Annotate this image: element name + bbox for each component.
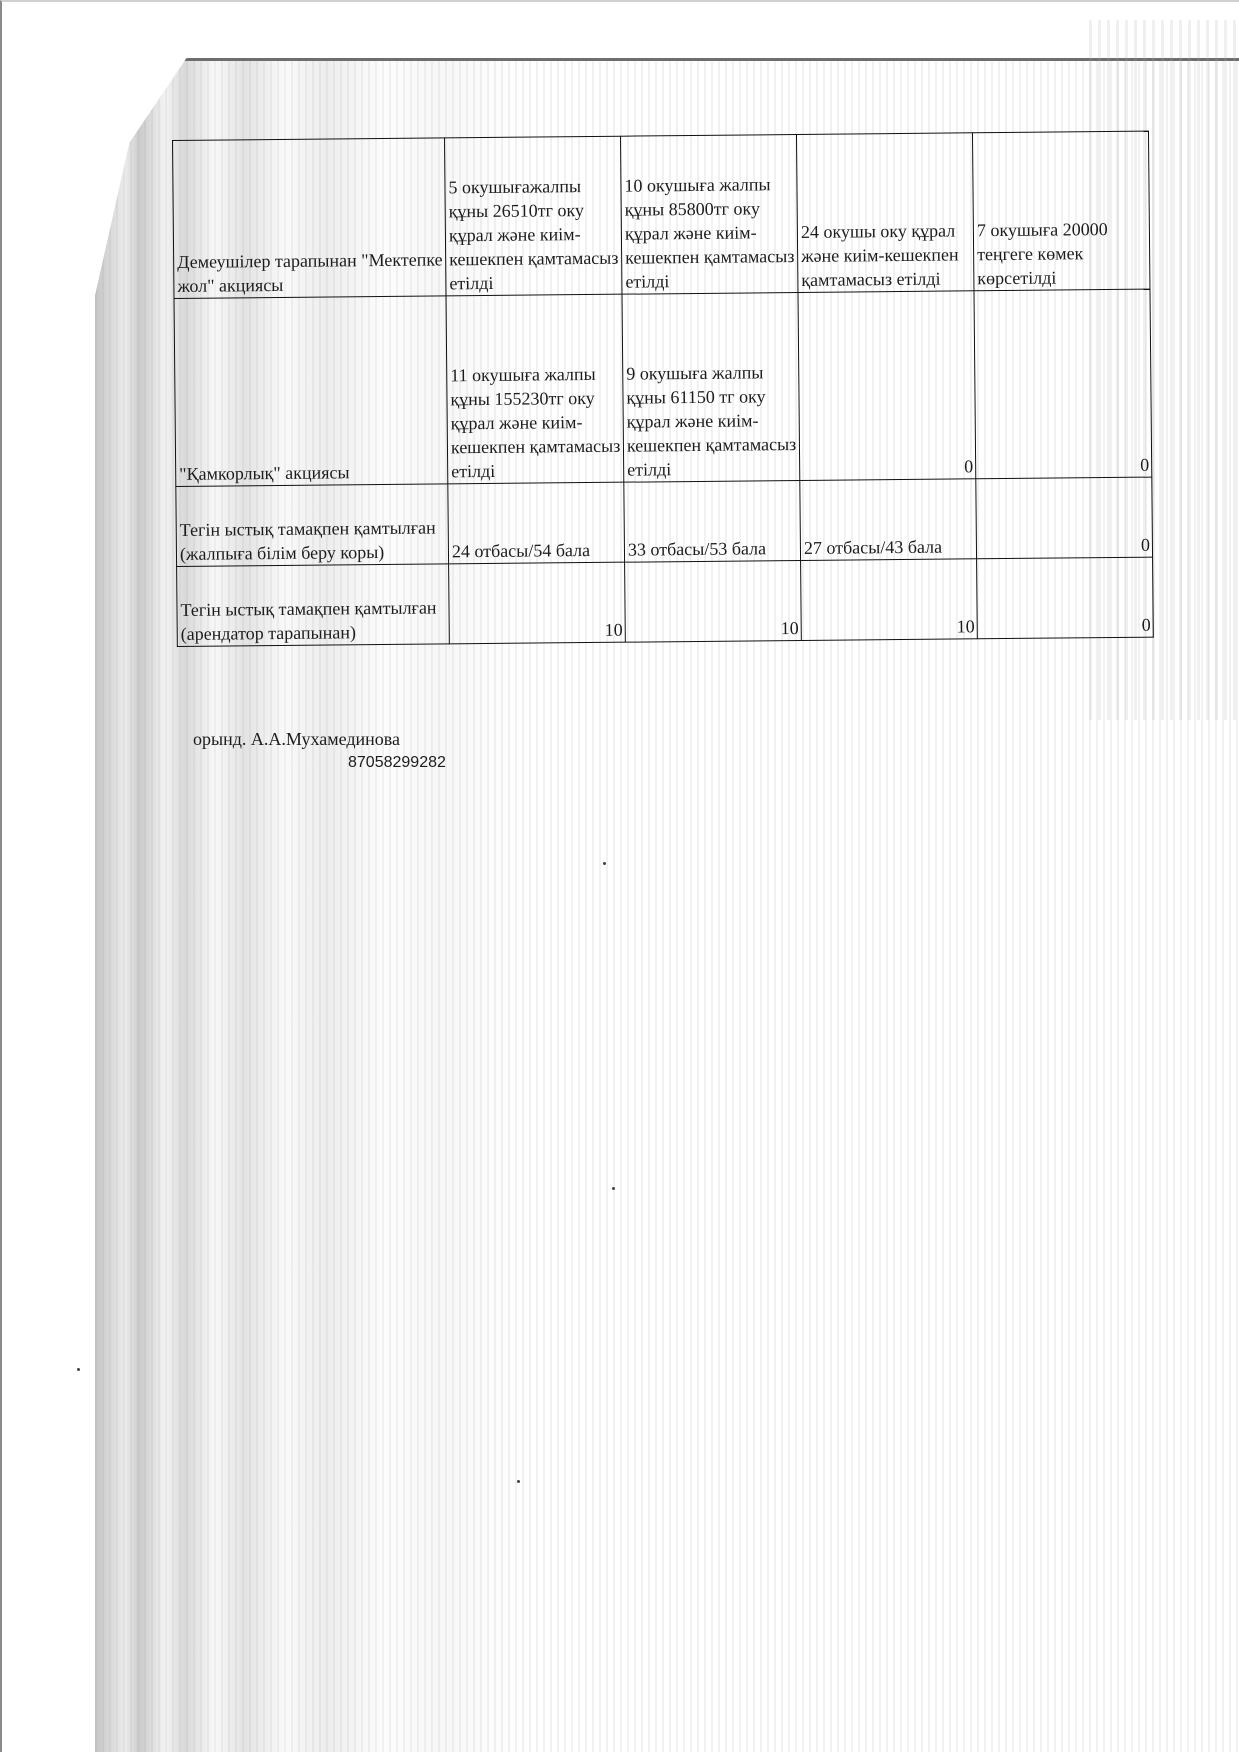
table-cell: 10 окушыға жалпы құны 85800тг оку құрал … (620, 135, 798, 295)
scan-speck (77, 1368, 80, 1371)
executor-name: орынд. А.А.Мухамединова (193, 729, 400, 749)
row-label: "Қамкорлық" акциясы (174, 296, 448, 487)
executor-signature: орынд. А.А.Мухамединова 87058299282 (193, 727, 446, 775)
table-cell: 0 (977, 557, 1154, 639)
row-label: Тегін ыстық тамақпен қамтылған (арендато… (177, 564, 450, 647)
table-row: Демеушілер тарапынан "Мектепке жол" акци… (173, 131, 1150, 298)
table-cell: 33 отбасы/53 бала (624, 480, 801, 562)
table-cell: 5 окушығажалпы құны 26510тг оку құрал жә… (444, 136, 622, 296)
table-row: Тегін ыстық тамақпен қамтылған (арендато… (177, 557, 1154, 646)
table-cell: 0 (976, 477, 1153, 559)
table-cell: 27 отбасы/43 бала (800, 479, 977, 561)
scan-speck (603, 862, 606, 865)
row-label: Демеушілер тарапынан "Мектепке жол" акци… (173, 138, 447, 299)
table-cell: 0 (798, 291, 976, 481)
report-table-container: Демеушілер тарапынан "Мектепке жол" акци… (172, 131, 1154, 647)
table-cell: 0 (974, 289, 1152, 479)
table-cell: 10 (801, 559, 978, 641)
executor-phone: 87058299282 (348, 751, 446, 775)
row-label: Тегін ыстық тамақпен қамтылған (жалпыға … (176, 484, 449, 567)
table-cell: 10 (449, 562, 626, 644)
table-cell: 24 окушы оку құрал және киім-кешекпен қа… (796, 133, 974, 293)
table-row: "Қамкорлық" акциясы 11 окушыға жалпы құн… (174, 289, 1152, 486)
table-cell: 7 окушыға 20000 теңгеге көмек көрсетілді (972, 131, 1150, 291)
table-row: Тегін ыстық тамақпен қамтылған (жалпыға … (176, 477, 1153, 566)
scan-speck (612, 1187, 615, 1190)
scan-speck (517, 1480, 520, 1483)
table-cell: 24 отбасы/54 бала (448, 482, 625, 564)
report-table: Демеушілер тарапынан "Мектепке жол" акци… (172, 131, 1154, 647)
table-cell: 10 (625, 560, 802, 642)
table-cell: 9 окушыға жалпы құны 61150 тг оку құрал … (622, 292, 800, 482)
table-cell: 11 окушыға жалпы құны 155230тг оку құрал… (446, 294, 624, 484)
